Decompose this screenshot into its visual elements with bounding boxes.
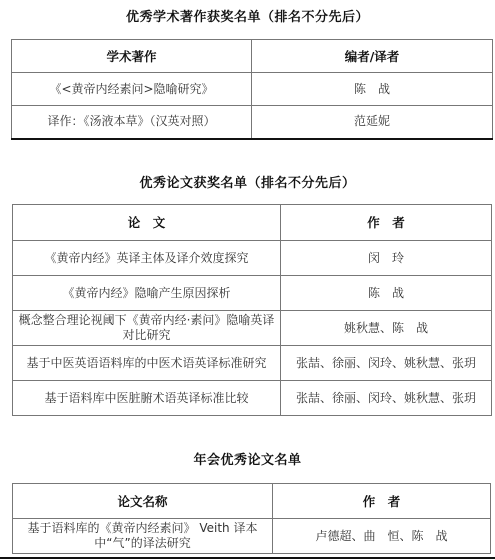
paper-title-cell: 《黄帝内经》英译主体及译介效度探究	[13, 241, 281, 276]
table-header-row: 论 文 作 者	[13, 205, 492, 241]
table-row: 《黄帝内经》隐喻产生原因探析 陈 战	[13, 276, 492, 311]
table-header-row: 论文名称 作 者	[13, 484, 491, 519]
table-row: 《<黄帝内经素问>隐喻研究》 陈 战	[12, 73, 493, 106]
table-row: 译作：《汤液本草》（汉英对照） 范延妮	[12, 106, 493, 139]
work-title-cell: 《<黄帝内经素问>隐喻研究》	[12, 73, 252, 106]
paper-title-cell: 基于中医英语语料库的中医术语英译标准研究	[13, 346, 281, 381]
author-cell: 姚秋慧、陈 战	[281, 311, 492, 346]
table-row: 基于中医英语语料库的中医术语英译标准研究 张喆、徐丽、闵玲、姚秋慧、张玥	[13, 346, 492, 381]
excellent-papers-table: 论 文 作 者 《黄帝内经》英译主体及译介效度探究 闵 玲 《黄帝内经》隐喻产生…	[12, 204, 492, 416]
author-cell: 闵 玲	[281, 241, 492, 276]
section-title-excellent-papers: 优秀论文获奖名单（排名不分先后）	[0, 172, 495, 191]
bottom-rule	[0, 557, 495, 559]
table-header-row: 学术著作 编者/译者	[12, 40, 493, 73]
paper-title-cell: 基于语料库中医脏腑术语英译标准比较	[13, 381, 281, 416]
paper-title-cell: 概念整合理论视阈下《黄帝内经·素问》隐喻英译对比研究	[13, 311, 281, 346]
table-row: 基于语料库的《黄帝内经素问》 Veith 译本中“气”的译法研究 卢德超、曲 恒…	[13, 519, 491, 554]
annual-meeting-papers-table: 论文名称 作 者 基于语料库的《黄帝内经素问》 Veith 译本中“气”的译法研…	[12, 483, 491, 554]
column-header: 学术著作	[12, 40, 252, 73]
author-cell: 范延妮	[252, 106, 493, 139]
column-header: 作 者	[273, 484, 491, 519]
table-row: 《黄帝内经》英译主体及译介效度探究 闵 玲	[13, 241, 492, 276]
work-title-cell: 译作：《汤液本草》（汉英对照）	[12, 106, 252, 139]
author-cell: 卢德超、曲 恒、陈 战	[273, 519, 491, 554]
section-title-academic-works: 优秀学术著作获奖名单（排名不分先后）	[0, 6, 495, 25]
table-row: 概念整合理论视阈下《黄帝内经·素问》隐喻英译对比研究 姚秋慧、陈 战	[13, 311, 492, 346]
author-cell: 陈 战	[281, 276, 492, 311]
table-row: 基于语料库中医脏腑术语英译标准比较 张喆、徐丽、闵玲、姚秋慧、张玥	[13, 381, 492, 416]
author-cell: 张喆、徐丽、闵玲、姚秋慧、张玥	[281, 346, 492, 381]
author-cell: 陈 战	[252, 73, 493, 106]
paper-title-cell: 《黄帝内经》隐喻产生原因探析	[13, 276, 281, 311]
paper-title-cell: 基于语料库的《黄帝内经素问》 Veith 译本中“气”的译法研究	[13, 519, 273, 554]
column-header: 论文名称	[13, 484, 273, 519]
academic-works-table: 学术著作 编者/译者 《<黄帝内经素问>隐喻研究》 陈 战 译作：《汤液本草》（…	[11, 39, 493, 140]
section-title-annual-meeting-papers: 年会优秀论文名单	[0, 449, 495, 468]
author-cell: 张喆、徐丽、闵玲、姚秋慧、张玥	[281, 381, 492, 416]
column-header: 作 者	[281, 205, 492, 241]
column-header: 论 文	[13, 205, 281, 241]
column-header: 编者/译者	[252, 40, 493, 73]
